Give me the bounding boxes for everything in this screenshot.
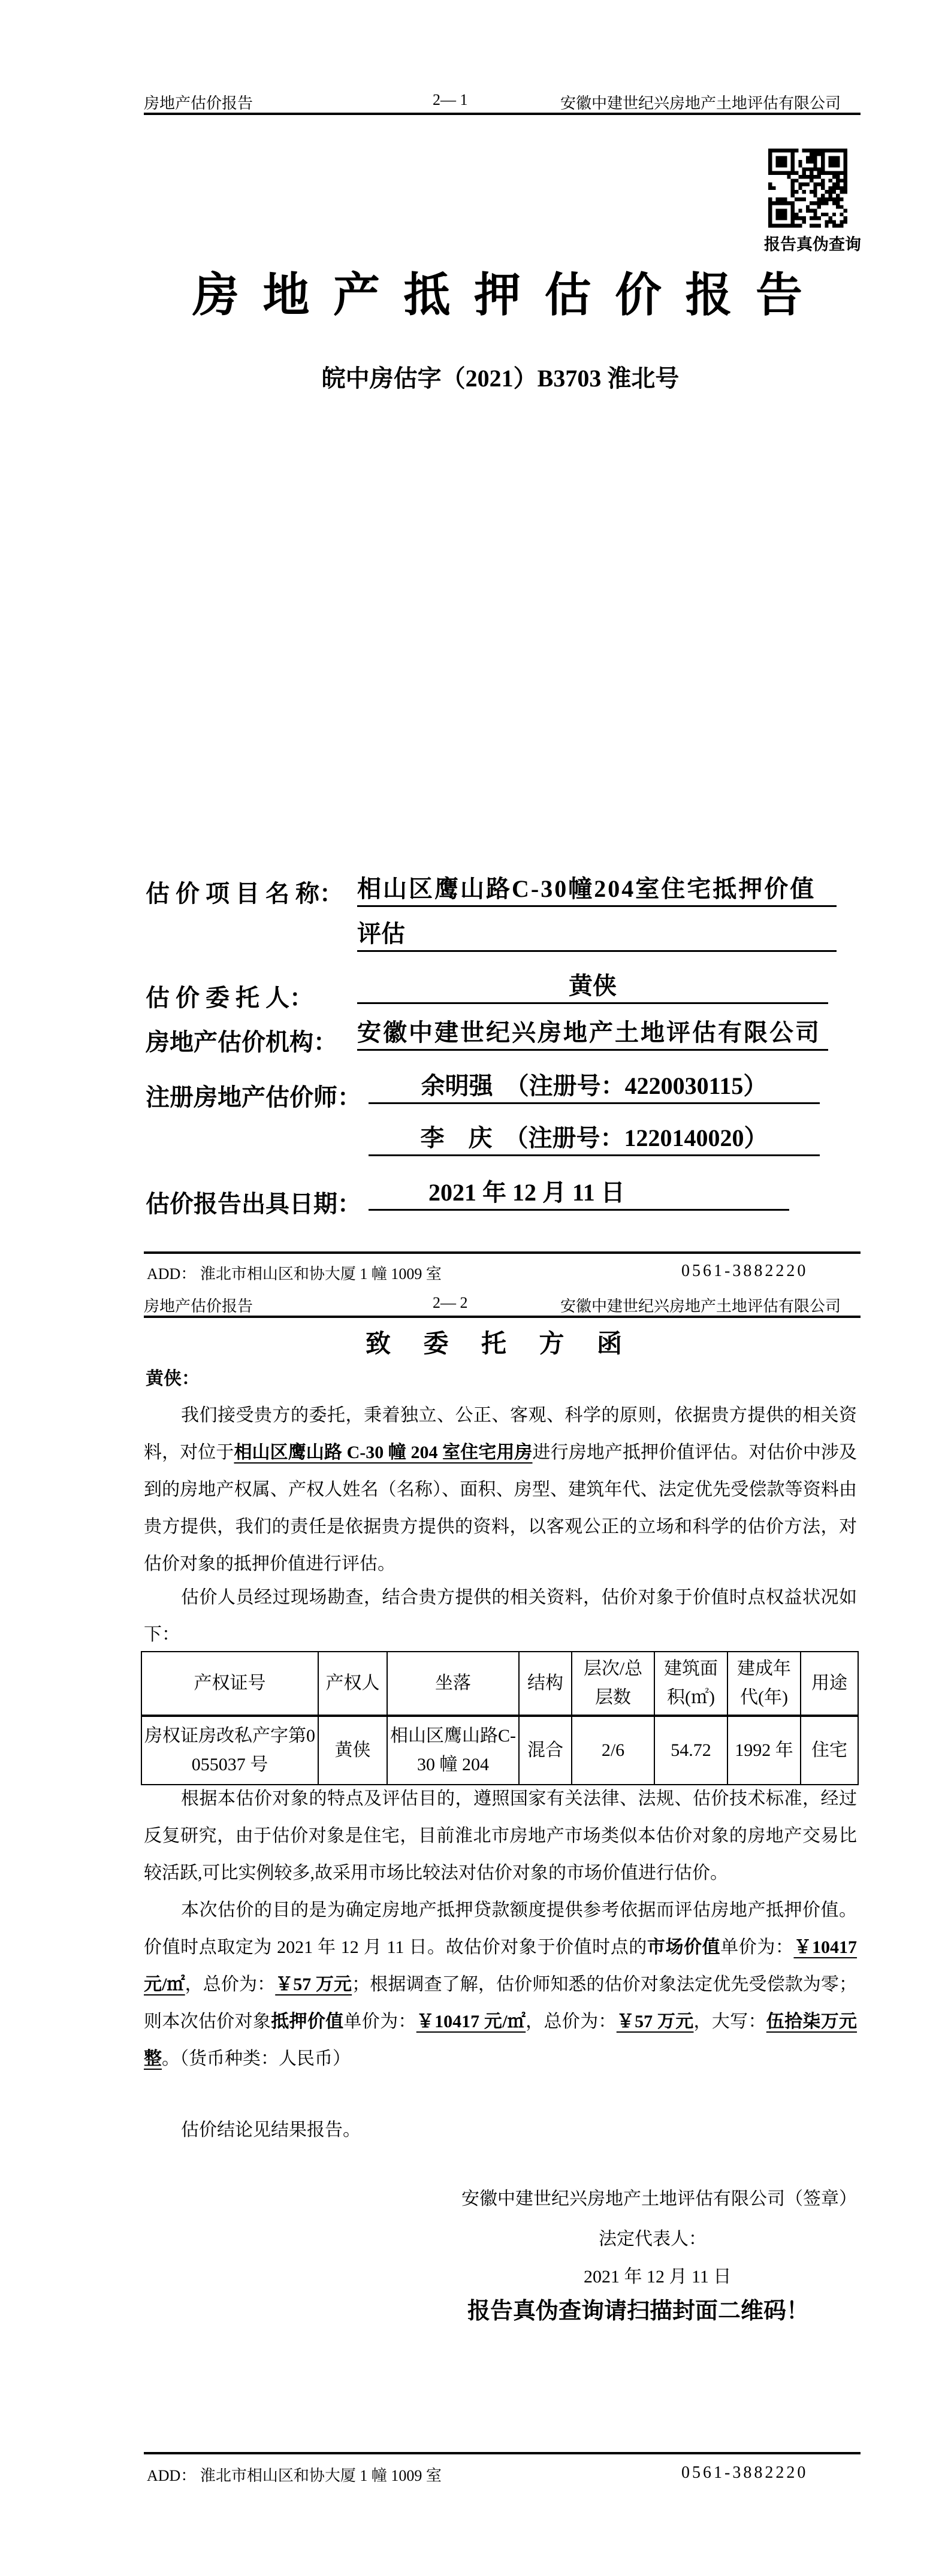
table-header-use: 用途 bbox=[801, 1652, 858, 1716]
issue-date-label: 估价报告出具日期： bbox=[146, 1185, 361, 1219]
text-run: 。（货币种类：人民币） bbox=[162, 2049, 351, 2069]
paragraph-valuation: 本次估价的目的是为确定房地产抵押贷款额度提供参考依据而评估房地产抵押价值。价值时… bbox=[144, 1892, 857, 2078]
signature-date: 2021 年 12 月 11 日 bbox=[584, 2261, 731, 2288]
text-run: ，总价为： bbox=[185, 1975, 276, 1994]
market-total-price: ￥57 万元 bbox=[275, 1975, 352, 1994]
mortgage-value-term: 抵押价值 bbox=[271, 2012, 343, 2031]
cell-location: 相山区鹰山路C-30 幢 204 bbox=[387, 1716, 519, 1785]
market-value-term: 市场价值 bbox=[647, 1937, 720, 1957]
table-header-area: 建筑面积(㎡) bbox=[654, 1652, 727, 1716]
signature-company: 安徽中建世纪兴房地产土地评估有限公司（签章） bbox=[144, 2184, 857, 2210]
cell-owner: 黄侠 bbox=[318, 1716, 387, 1785]
page1-header-right: 安徽中建世纪兴房地产土地评估有限公司 bbox=[560, 91, 841, 113]
page2-header-left: 房地产估价报告 bbox=[144, 1294, 253, 1316]
page2-header-rule bbox=[144, 1316, 861, 1318]
appraiser2-value: 李 庆 （注册号：1220140020） bbox=[369, 1120, 820, 1156]
table-header-structure: 结构 bbox=[519, 1652, 572, 1716]
qr-code bbox=[768, 149, 847, 228]
cell-floor: 2/6 bbox=[572, 1716, 654, 1785]
page1-footer-address: ADD： 淮北市相山区和协大厦 1 幢 1009 室 bbox=[147, 1262, 442, 1284]
scan-notice: 报告真伪查询请扫描封面二维码！ bbox=[396, 2292, 881, 2325]
page1-header-left: 房地产估价报告 bbox=[144, 91, 253, 113]
page2-footer-address: ADD： 淮北市相山区和协大厦 1 幢 1009 室 bbox=[147, 2463, 442, 2486]
table-header-row: 产权证号 产权人 坐落 结构 层次/总层数 建筑面积(㎡) 建成年代(年) 用途 bbox=[141, 1652, 858, 1716]
paragraph-conclusion: 估价结论见结果报告。 bbox=[144, 2112, 857, 2149]
agency-label: 房地产估价机构： bbox=[146, 1023, 337, 1057]
report-title: 房 地 产 抵 押 估 价 报 告 bbox=[144, 258, 857, 325]
qr-block: 报告真伪查询 bbox=[768, 149, 847, 255]
table-header-floor: 层次/总层数 bbox=[572, 1652, 654, 1716]
table-header-owner: 产权人 bbox=[318, 1652, 387, 1716]
letter-title: 致 委 托 方 函 bbox=[144, 1324, 857, 1360]
subject-property-text: 相山区鹰山路 C-30 幢 204 室住宅用房 bbox=[234, 1443, 532, 1462]
report-scan-page: { "colors": { "text": "#000000", "backgr… bbox=[0, 0, 951, 2576]
cell-year: 1992 年 bbox=[727, 1716, 801, 1785]
text-run: 单价为： bbox=[343, 2012, 416, 2031]
mortgage-total-price: ￥57 万元 bbox=[617, 2012, 694, 2031]
legal-rep-label: 法定代表人： bbox=[599, 2224, 707, 2250]
table-data-row: 房权证房改私产字第0055037 号 黄侠 相山区鹰山路C-30 幢 204 混… bbox=[141, 1716, 858, 1785]
qr-caption: 报告真伪查询 bbox=[764, 231, 852, 255]
report-number: 皖中房估字（2021）B3703 淮北号 bbox=[144, 359, 857, 394]
project-name-label: 估 价 项 目 名 称： bbox=[146, 875, 343, 909]
client-value: 黄侠 bbox=[357, 968, 828, 1004]
paragraph-authorization: 我们接受贵方的委托，秉着独立、公正、客观、科学的原则，依据贵方提供的相关资料，对… bbox=[144, 1397, 857, 1583]
cell-use: 住宅 bbox=[801, 1716, 858, 1785]
page2-footer-phone: 0561-3882220 bbox=[681, 2463, 808, 2483]
table-header-year: 建成年代(年) bbox=[727, 1652, 801, 1716]
cell-structure: 混合 bbox=[519, 1716, 572, 1785]
table-header-location: 坐落 bbox=[387, 1652, 519, 1716]
page2-footer-rule bbox=[144, 2452, 861, 2454]
paragraph-method: 根据本估价对象的特点及评估目的，遵照国家有关法律、法规、估价技术标准，经过反复研… bbox=[144, 1780, 857, 1892]
page1-footer-rule bbox=[144, 1251, 861, 1254]
page1-footer-phone: 0561-3882220 bbox=[681, 1262, 808, 1281]
text-run: 单价为： bbox=[720, 1937, 793, 1957]
project-name-value-line1: 相山区鹰山路C-30幢204室住宅抵押价值 bbox=[357, 870, 837, 907]
page2-header-page-number: 2— 2 bbox=[433, 1294, 468, 1312]
issue-date-value: 2021 年 12 月 11 日 bbox=[369, 1174, 789, 1211]
agency-value: 安徽中建世纪兴房地产土地评估有限公司 bbox=[357, 1014, 828, 1051]
project-name-value-line2: 评估 bbox=[357, 915, 837, 952]
cell-area: 54.72 bbox=[654, 1716, 727, 1785]
mortgage-unit-price: ￥10417 元/㎡ bbox=[416, 2012, 526, 2031]
text-run: ，大写： bbox=[694, 2012, 766, 2031]
client-label: 估 价 委 托 人： bbox=[146, 979, 313, 1013]
text-run: ，总价为： bbox=[526, 2012, 617, 2031]
property-table: 产权证号 产权人 坐落 结构 层次/总层数 建筑面积(㎡) 建成年代(年) 用途… bbox=[141, 1651, 859, 1785]
appraiser-label: 注册房地产估价师： bbox=[146, 1078, 361, 1112]
cell-certificate: 房权证房改私产字第0055037 号 bbox=[141, 1716, 318, 1785]
page1-header-page-number: 2— 1 bbox=[433, 91, 468, 109]
page2-header-right: 安徽中建世纪兴房地产土地评估有限公司 bbox=[560, 1294, 841, 1316]
appraiser1-value: 余明强 （注册号：4220030115） bbox=[369, 1068, 820, 1104]
letter-salutation: 黄侠： bbox=[146, 1363, 200, 1390]
paragraph-survey: 估价人员经过现场勘查，结合贵方提供的相关资料，估价对象于价值时点权益状况如下： bbox=[144, 1579, 857, 1653]
table-header-certificate: 产权证号 bbox=[141, 1652, 318, 1716]
page1-header-rule bbox=[144, 113, 861, 115]
